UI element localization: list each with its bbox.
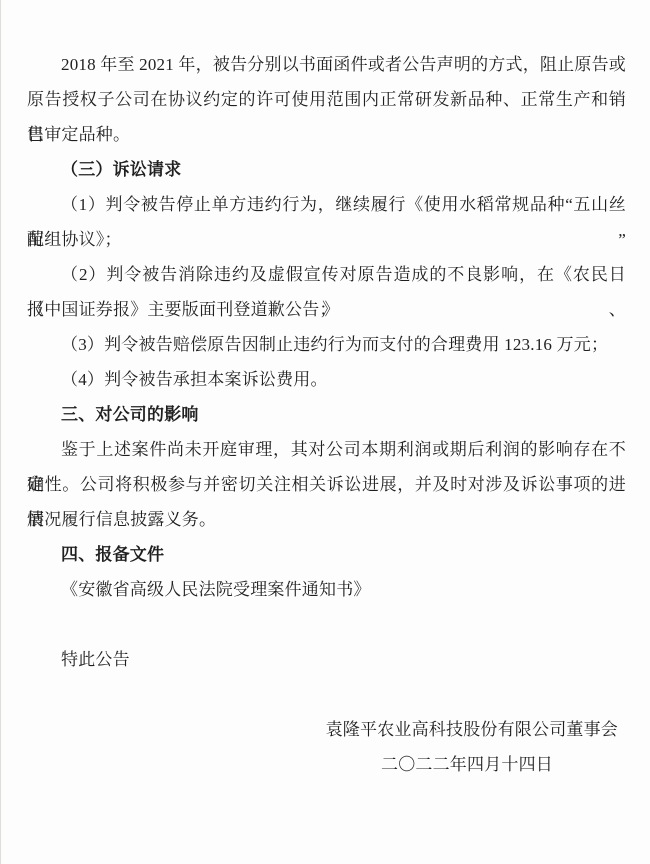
text-line: （4）判令被告承担本案诉讼费用。: [27, 362, 626, 397]
blank-line: [27, 607, 626, 642]
section-heading: 三、对公司的影响: [27, 397, 626, 432]
signature-line: 袁隆平农业高科技股份有限公司董事会: [27, 712, 626, 747]
section-heading: 四、报备文件: [27, 537, 626, 572]
text-line: 情况履行信息披露义务。: [27, 502, 626, 537]
text-line: 鉴于上述案件尚未开庭审理，其对公司本期利润或期后利润的影响存在不确: [27, 432, 626, 467]
text-line: 2018 年至 2021 年，被告分别以书面函件或者公告声明的方式，阻止原告或: [27, 47, 626, 82]
text-line: 已审定品种。: [27, 117, 626, 152]
text-line: 特此公告: [27, 642, 626, 677]
text-line: 原告授权子公司在协议约定的许可使用范围内正常研发新品种、正常生产和销售: [27, 82, 626, 117]
document-body: 2018 年至 2021 年，被告分别以书面函件或者公告声明的方式，阻止原告或原…: [27, 47, 626, 782]
announcement-document: 2018 年至 2021 年，被告分别以书面函件或者公告声明的方式，阻止原告或原…: [0, 0, 650, 864]
text-line: （3）判令被告赔偿原告因制止违约行为而支付的合理费用 123.16 万元；: [27, 327, 626, 362]
text-line: 定性。公司将积极参与并密切关注相关诉讼进展，并及时对涉及诉讼事项的进展: [27, 467, 626, 502]
text-line: （1）判令被告停止单方违约行为，继续履行《使用水稻常规品种“五山丝苗”: [27, 187, 626, 222]
signature-line: 二〇二二年四月十四日: [27, 747, 626, 782]
section-heading: （三）诉讼请求: [27, 152, 626, 187]
text-line: （2）判令被告消除违约及虚假宣传对原告造成的不良影响，在《农民日报》、: [27, 257, 626, 292]
text-line: 《安徽省高级人民法院受理案件通知书》: [27, 572, 626, 607]
blank-line: [27, 677, 626, 712]
